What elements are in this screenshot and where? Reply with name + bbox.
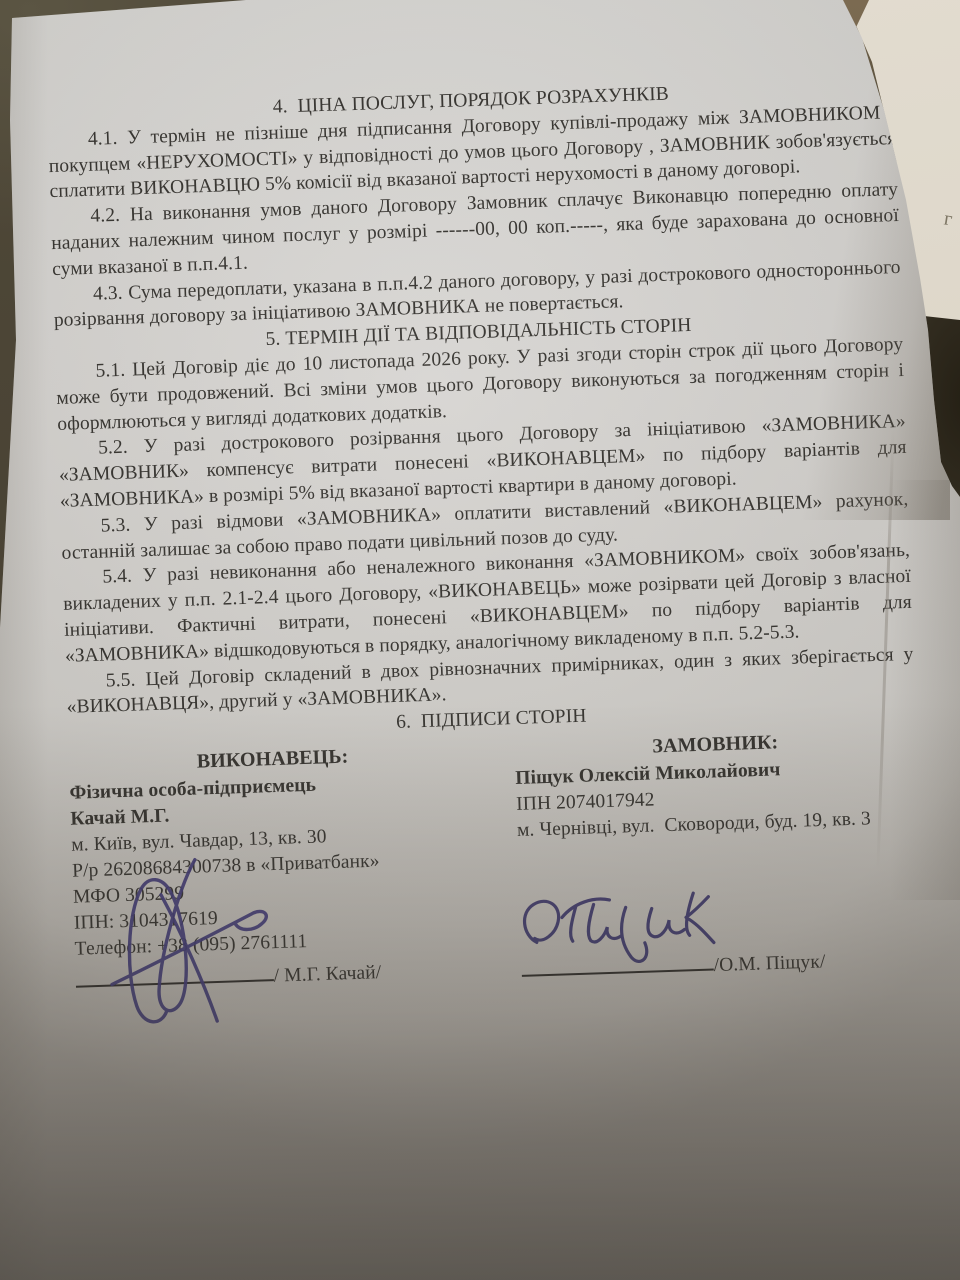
contract-page: 4. ЦІНА ПОСЛУГ, ПОРЯДОК РОЗРАХУНКІВ 4.1.…: [0, 0, 960, 1280]
photo-vignette: [0, 0, 960, 1280]
